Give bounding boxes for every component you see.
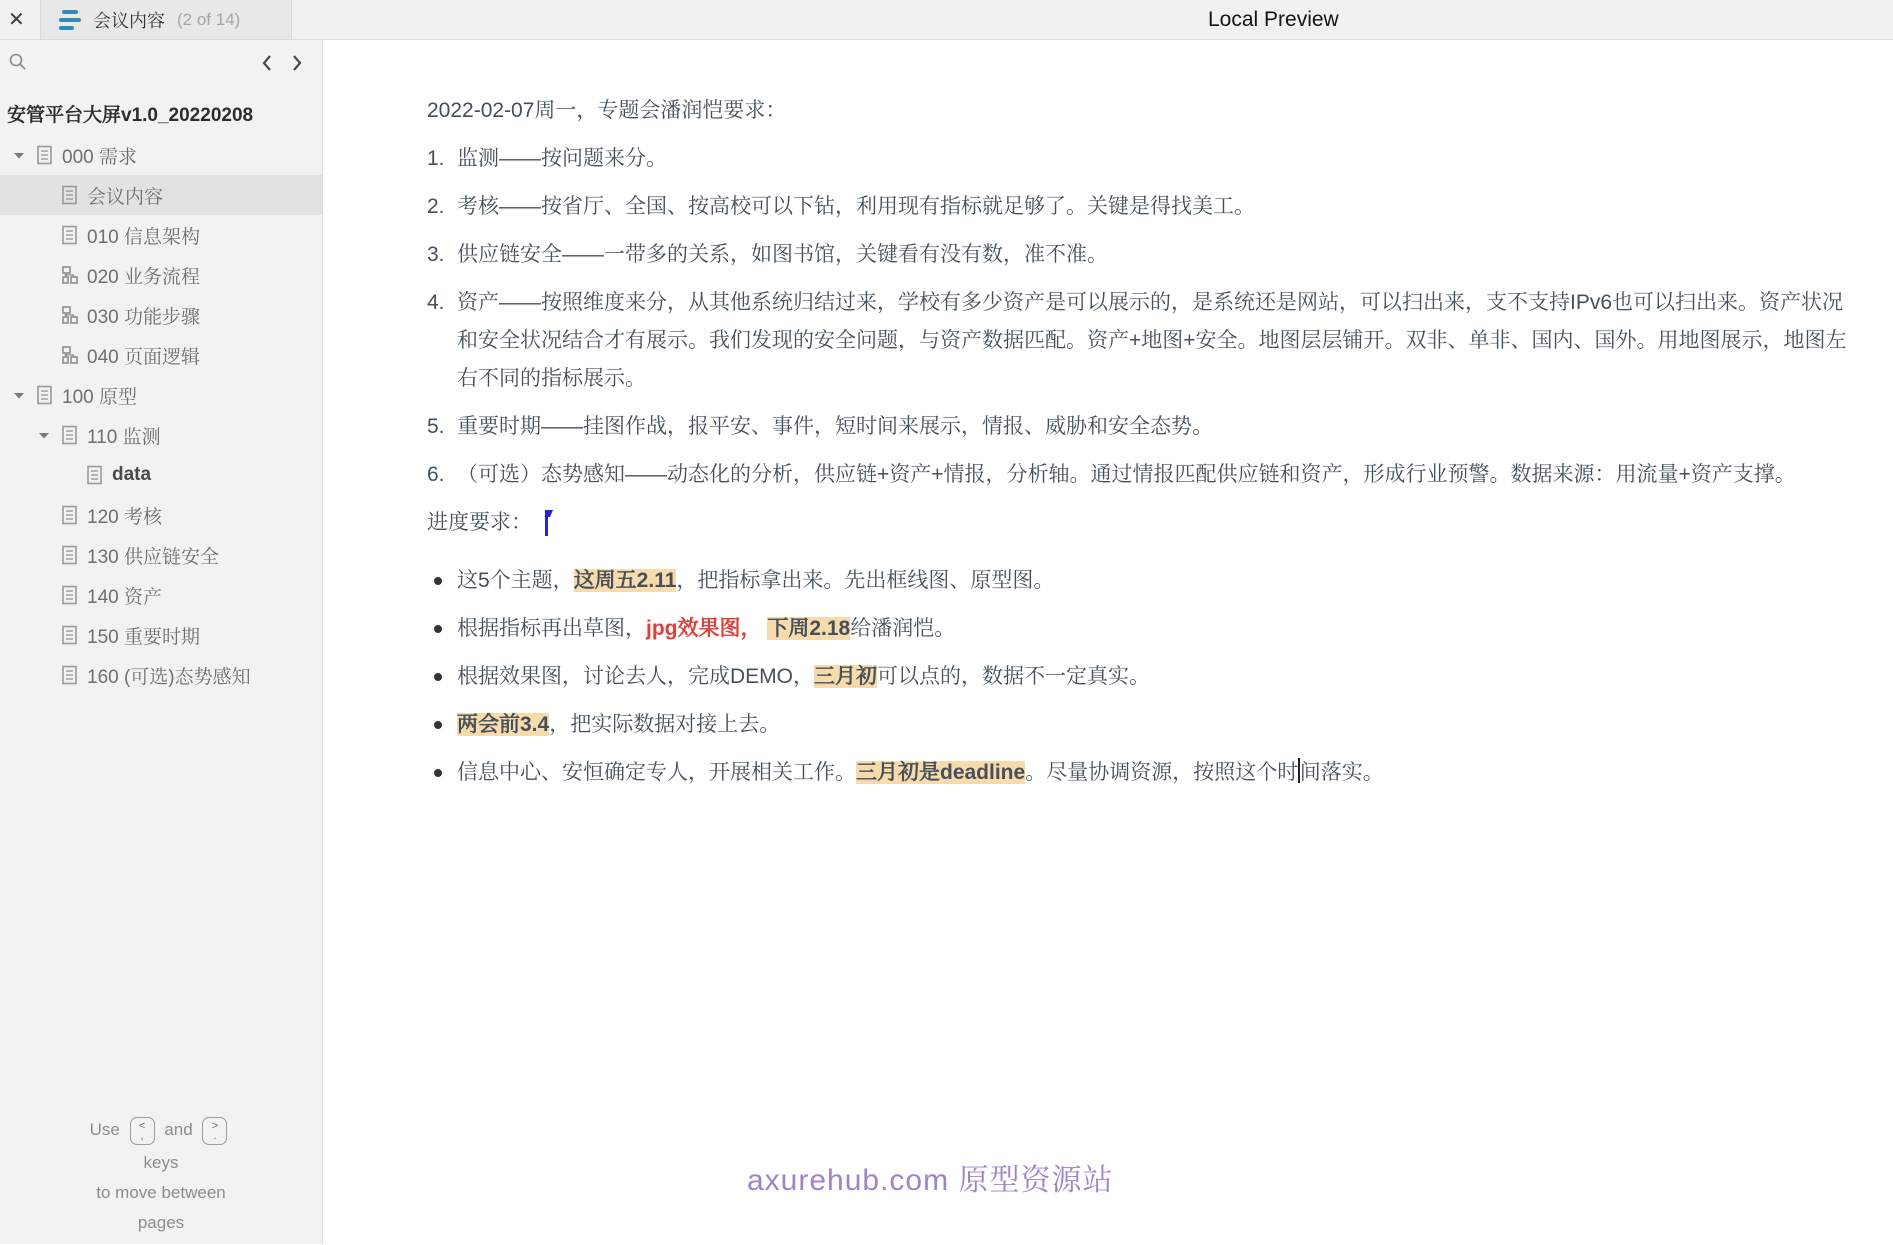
page-icon [61,665,86,685]
bullet-dot [434,577,442,585]
bullet-item: 这5个主题，这周五2.11，把指标拿出来。先出框线图、原型图。 [427,562,1863,600]
page-icon [61,185,86,205]
highlighted-text: 三月初是deadline [856,761,1025,784]
page-icon [61,625,86,645]
page-icon [36,385,61,405]
page-icon [61,425,86,445]
sitemap-toggle-icon[interactable] [59,10,81,30]
caret-down-icon[interactable] [37,432,61,439]
tree-item[interactable]: 040 页面逻辑 [0,335,322,375]
tree-item-label: 020 业务流程 [86,262,200,289]
tree-item[interactable]: 160 (可选)态势感知 [0,655,322,695]
tree-item[interactable]: 会议内容 [0,175,322,215]
hint-line4: pages [0,1208,322,1238]
highlighted-text: 两会前3.4 [457,713,549,736]
page-icon [61,225,86,245]
requirements-list: 1.监测——按问题来分。2.考核——按省厅、全国、按高校可以下钻，利用现有指标就… [427,140,1863,494]
topbar: ✕ 会议内容 (2 of 14) Local Preview [0,0,1893,40]
bullet-item: 根据效果图，讨论去人，完成DEMO，三月初可以点的，数据不一定真实。 [427,658,1863,696]
flow-page-icon [61,345,86,365]
numbered-item: 3.供应链安全——一带多的关系，如图书馆，关键看有没有数，准不准。 [427,236,1863,274]
close-icon[interactable]: ✕ [8,10,25,30]
tree-item[interactable]: 120 考核 [0,495,322,535]
next-page-icon[interactable] [290,53,304,78]
page-tree: 000 需求会议内容010 信息架构020 业务流程030 功能步骤040 页面… [0,135,322,695]
tab-page-count: (2 of 14) [177,10,240,30]
tree-item-label: 140 资产 [86,582,162,609]
hint-keys: keys [0,1148,322,1178]
tree-item[interactable]: 140 资产 [0,575,322,615]
tree-item-label: data [111,464,151,486]
tree-item[interactable]: 030 功能步骤 [0,295,322,335]
bullet-item: 根据指标再出草图，jpg效果图， 下周2.18给潘润恺。 [427,610,1863,648]
tree-item-label: 150 重要时期 [86,622,200,649]
hint-use: Use [90,1120,120,1139]
numbered-item: 1.监测——按问题来分。 [427,140,1863,178]
watermark: axurehub.com 原型资源站 [747,1162,1113,1200]
bullet-dot [434,721,442,729]
tree-item[interactable]: 000 需求 [0,135,322,175]
tree-item[interactable]: 150 重要时期 [0,615,322,655]
tree-item-label: 130 供应链安全 [86,542,219,569]
page-icon [61,545,86,565]
hint-and: and [164,1120,192,1139]
page-icon [86,465,111,485]
hint-line3: to move between [0,1178,322,1208]
flow-page-icon [61,305,86,325]
progress-label: 进度要求： [427,504,532,542]
tree-item-label: 030 功能步骤 [86,302,200,329]
red-text: jpg效果图， [646,617,762,640]
page-tab[interactable]: 会议内容 (2 of 14) [40,0,292,39]
bullet-dot [434,673,442,681]
caret-down-icon[interactable] [12,392,36,399]
numbered-item: 2.考核——按省厅、全国、按高校可以下钻，利用现有指标就足够了。关键是得找美工。 [427,188,1863,226]
bracket-right-key-icon: >. [202,1117,227,1145]
highlighted-text: 这周五2.11 [574,569,677,592]
page-icon [61,585,86,605]
meeting-intro: 2022-02-07周一，专题会潘润恺要求： [427,92,1863,130]
prev-page-icon[interactable] [260,53,274,78]
project-title: 安管平台大屏v1.0_20220208 [0,86,322,135]
tree-item-label: 000 需求 [61,142,137,169]
axure-local-preview-window: ✕ 会议内容 (2 of 14) Local Preview 安管平台大屏v1.… [0,0,1893,1245]
bullet-item: 信息中心、安恒确定专人，开展相关工作。三月初是deadline。尽量协调资源，按… [427,754,1863,792]
tree-item[interactable]: 100 原型 [0,375,322,415]
bracket-left-key-icon: <, [130,1117,155,1145]
bullet-dot [434,769,442,777]
tree-item-label: 110 监测 [86,422,161,449]
tree-item[interactable]: 130 供应链安全 [0,535,322,575]
bullet-dot [434,625,442,633]
tab-title: 会议内容 [93,7,165,33]
tree-item-label: 120 考核 [86,502,162,529]
highlighted-text: 三月初 [814,665,877,688]
window-title: Local Preview [1208,8,1339,32]
flow-page-icon [61,265,86,285]
page-icon [61,505,86,525]
tree-item-label: 160 (可选)态势感知 [86,662,251,689]
caret-down-icon[interactable] [12,152,36,159]
page-icon [36,145,61,165]
tree-item[interactable]: 020 业务流程 [0,255,322,295]
tree-item-label: 会议内容 [86,182,163,209]
numbered-item: 6.（可选）态势感知——动态化的分析，供应链+资产+情报，分析轴。通过情报匹配供… [427,456,1863,494]
sitemap-sidebar: 安管平台大屏v1.0_20220208 000 需求会议内容010 信息架构02… [0,40,323,1244]
page-pager [260,53,304,78]
tree-item-label: 100 原型 [61,382,137,409]
highlighted-text: 下周2.18 [767,617,850,640]
numbered-item: 5.重要时期——挂图作战，报平安、事件，短时间来展示，情报、威胁和安全态势。 [427,408,1863,446]
page-content: 2022-02-07周一，专题会潘润恺要求： 1.监测——按问题来分。2.考核—… [323,40,1893,1244]
tree-item[interactable]: 010 信息架构 [0,215,322,255]
progress-list: 这5个主题，这周五2.11，把指标拿出来。先出框线图、原型图。根据指标再出草图，… [427,562,1863,792]
text-insertion-cursor-icon [542,509,554,550]
tree-item-label: 010 信息架构 [86,222,200,249]
search-icon[interactable] [9,53,26,75]
bullet-item: 两会前3.4，把实际数据对接上去。 [427,706,1863,744]
sidebar-toolbar [0,40,322,86]
tree-item[interactable]: 110 监测 [0,415,322,455]
keyboard-hint: Use <, and >. keys to move between pages [0,1112,322,1238]
tree-item-label: 040 页面逻辑 [86,342,200,369]
tree-item[interactable]: data [0,455,322,495]
numbered-item: 4.资产——按照维度来分，从其他系统归结过来，学校有多少资产是可以展示的，是系统… [427,284,1863,398]
